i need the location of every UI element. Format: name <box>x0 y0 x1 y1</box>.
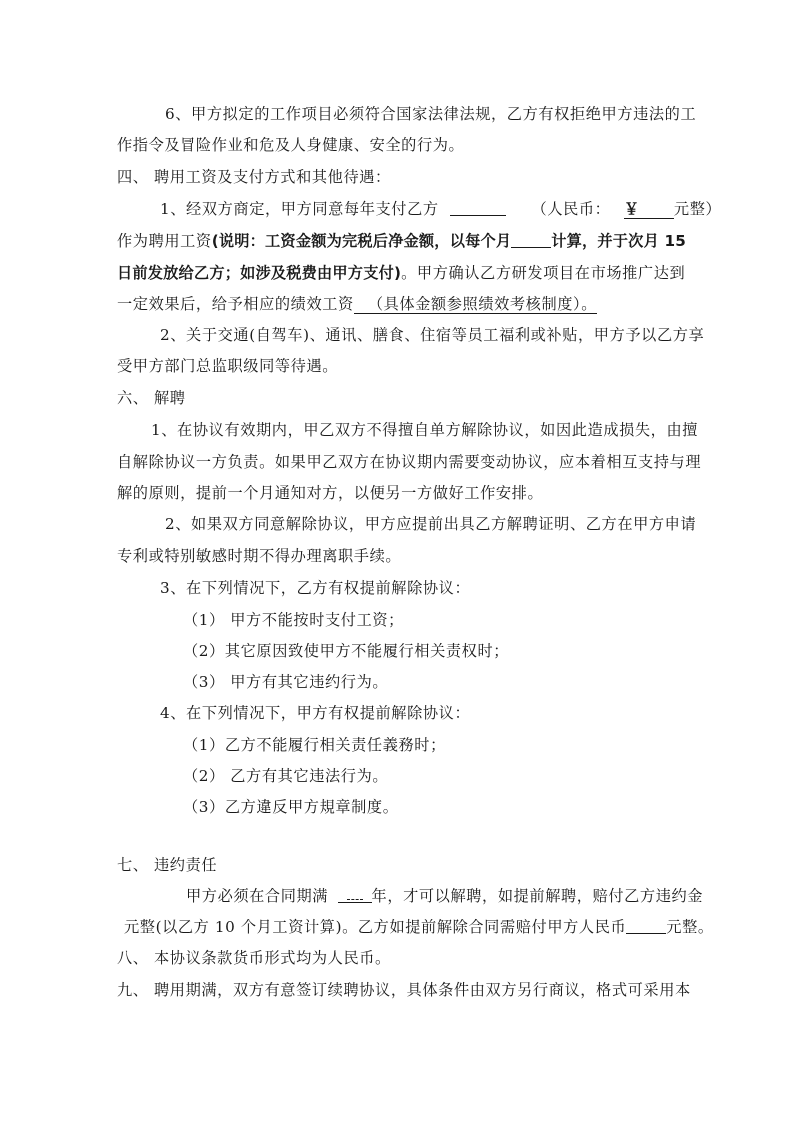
rmb-amount-blank[interactable]: ￥ <box>624 200 674 219</box>
section-6-item-3-sub-3: （3） 甲方有其它违约行为。 <box>183 672 783 692</box>
compensation-amount-blank[interactable] <box>626 919 666 934</box>
bold-note: 日前发放给乙方；如涉及税费由甲方支付) <box>117 264 401 282</box>
section-7-line-1: 甲方必须在合同期满 年，才可以解聘，如提前解聘，赔付乙方违约金 <box>186 886 716 906</box>
underlined-note: （具体金额参照绩效考核制度）。 <box>354 295 597 314</box>
clause-text: 甲方必须在合同期满 <box>186 887 328 905</box>
clause-text: 专利或特别敏感时期不得办理离职手续。 <box>117 547 401 565</box>
sub-clause: （1）乙方不能履行相关责任義務时； <box>183 736 446 754</box>
clause-text: 年，才可以解聘，如提前解聘，赔付乙方违约金 <box>372 887 704 905</box>
section-heading: 七、 违约责任 <box>117 856 217 874</box>
clause-text: 一定效果后，给予相应的绩效工资 <box>117 295 354 313</box>
clause-text: 解的原则，提前一个月通知对方，以便另一方做好工作安排。 <box>117 484 543 502</box>
clause-text: 6、甲方拟定的工作项目必须符合国家法律法规，乙方有权拒绝甲方违法的工 <box>165 105 696 123</box>
section-6-item-1-line-1: 1、在协议有效期内，甲乙双方不得擅自单方解除协议，如因此造成损失，由擅 <box>151 420 716 440</box>
section-7-line-2: 元整(以乙方 10 个月工资计算)。乙方如提前解除合同需赔付甲方人民币元整。 <box>124 917 719 937</box>
clause-text: 。甲方确认乙方研发项目在市场推广达到 <box>401 264 685 282</box>
section-4-item-2-line-1: 2、关于交通(自驾车)、通讯、膳食、住宿等员工福利或补贴，甲方予以乙方享 <box>160 325 715 345</box>
section-6-item-3-sub-1: （1） 甲方不能按时支付工资； <box>183 610 783 630</box>
clause-text: 元整。 <box>666 918 713 936</box>
section-6-heading: 六、 解聘 <box>117 388 717 408</box>
section-4-item-2-line-2: 受甲方部门总监职级同等待遇。 <box>117 356 717 376</box>
sub-clause: （1） 甲方不能按时支付工资； <box>183 611 404 629</box>
clause-text: 3、在下列情况下，乙方有权提前解除协议： <box>160 579 470 597</box>
section-6-item-4-sub-1: （1）乙方不能履行相关责任義務时； <box>183 735 783 755</box>
clause-text: 4、在下列情况下，甲方有权提前解除协议： <box>160 704 470 722</box>
clause-text: （人民币： <box>532 200 611 218</box>
clause-text: 元整） <box>674 200 721 218</box>
section-heading: 六、 解聘 <box>117 389 186 407</box>
section-6-item-3-heading: 3、在下列情况下，乙方有权提前解除协议： <box>160 578 760 598</box>
section-6-item-4-heading: 4、在下列情况下，甲方有权提前解除协议： <box>160 703 760 723</box>
section-heading: 八、 本协议条款货币形式均为人民币。 <box>117 949 391 967</box>
section-6-item-1-line-3: 解的原则，提前一个月通知对方，以便另一方做好工作安排。 <box>117 483 717 503</box>
sub-clause: （3）乙方違反甲方規章制度。 <box>183 798 399 816</box>
section-8: 八、 本协议条款货币形式均为人民币。 <box>117 948 717 968</box>
section-6-item-2-line-1: 2、如果双方同意解除协议，甲方应提前出具乙方解聘证明、乙方在甲方申请 <box>165 514 715 534</box>
clause-text: 2、如果双方同意解除协议，甲方应提前出具乙方解聘证明、乙方在甲方申请 <box>165 515 696 533</box>
clause-text: 元整(以乙方 10 个月工资计算)。乙方如提前解除合同需赔付甲方人民币 <box>124 918 626 936</box>
section-4-item-1-line-1: 1、经双方商定，甲方同意每年支付乙方 （人民币： ￥元整） <box>160 199 715 219</box>
section-4-item-1-line-4: 一定效果后，给予相应的绩效工资（具体金额参照绩效考核制度）。 <box>117 294 717 314</box>
clause-text: 作指令及冒险作业和危及人身健康、安全的行为。 <box>117 136 464 154</box>
section-6-item-1-line-2: 自解除协议一方负责。如果甲乙双方在协议期内需要变动协议，应本着相互支持与理 <box>117 452 717 472</box>
contract-years-blank[interactable] <box>338 888 372 903</box>
bold-note: 计算，并于次月 15 <box>551 232 686 250</box>
clause-text: 1、在协议有效期内，甲乙双方不得擅自单方解除协议，如因此造成损失，由擅 <box>151 421 698 439</box>
section-6-item-3-sub-2: （2）其它原因致使甲方不能履行相关责权时； <box>183 641 783 661</box>
yuan-symbol: ￥ <box>624 200 640 218</box>
section-6-item-2-line-2: 专利或特别敏感时期不得办理离职手续。 <box>117 546 717 566</box>
section-4-item-1-line-3: 日前发放给乙方；如涉及税费由甲方支付)。甲方确认乙方研发项目在市场推广达到 <box>117 263 717 283</box>
bold-note: (说明：工资金额为完税后净金额，以每个月 <box>212 232 512 250</box>
section-6-item-4-sub-2: （2） 乙方有其它违法行为。 <box>183 766 783 786</box>
clause-6-line-2: 作指令及冒险作业和危及人身健康、安全的行为。 <box>117 135 717 155</box>
section-heading: 九、 聘用期满，双方有意签订续聘协议，具体条件由双方另行商议，格式可采用本 <box>117 981 691 999</box>
clause-text: 作为聘用工资 <box>117 232 212 250</box>
clause-text: 2、关于交通(自驾车)、通讯、膳食、住宿等员工福利或补贴，甲方予以乙方享 <box>160 326 704 344</box>
sub-clause: （2） 乙方有其它违法行为。 <box>183 767 388 785</box>
section-6-item-4-sub-3: （3）乙方違反甲方規章制度。 <box>183 797 783 817</box>
section-7-heading: 七、 违约责任 <box>117 855 717 875</box>
document-page: 6、甲方拟定的工作项目必须符合国家法律法规，乙方有权拒绝甲方违法的工 作指令及冒… <box>0 0 793 1122</box>
sub-clause: （3） 甲方有其它违约行为。 <box>183 673 388 691</box>
section-heading: 四、 聘用工资及支付方式和其他待遇： <box>117 168 391 186</box>
sub-clause: （2）其它原因致使甲方不能履行相关责权时； <box>183 642 509 660</box>
annual-salary-blank[interactable] <box>450 201 506 216</box>
pay-period-blank[interactable] <box>511 233 551 248</box>
section-4-item-1-line-2: 作为聘用工资(说明：工资金额为完税后净金额，以每个月计算，并于次月 15 <box>117 231 717 251</box>
clause-text: 自解除协议一方负责。如果甲乙双方在协议期内需要变动协议，应本着相互支持与理 <box>117 453 701 471</box>
clause-6-line-1: 6、甲方拟定的工作项目必须符合国家法律法规，乙方有权拒绝甲方违法的工 <box>165 104 710 124</box>
section-4-heading: 四、 聘用工资及支付方式和其他待遇： <box>117 167 717 187</box>
section-9: 九、 聘用期满，双方有意签订续聘协议，具体条件由双方另行商议，格式可采用本 <box>117 980 717 1000</box>
clause-text: 1、经双方商定，甲方同意每年支付乙方 <box>160 200 439 218</box>
clause-text: 受甲方部门总监职级同等待遇。 <box>117 357 338 375</box>
